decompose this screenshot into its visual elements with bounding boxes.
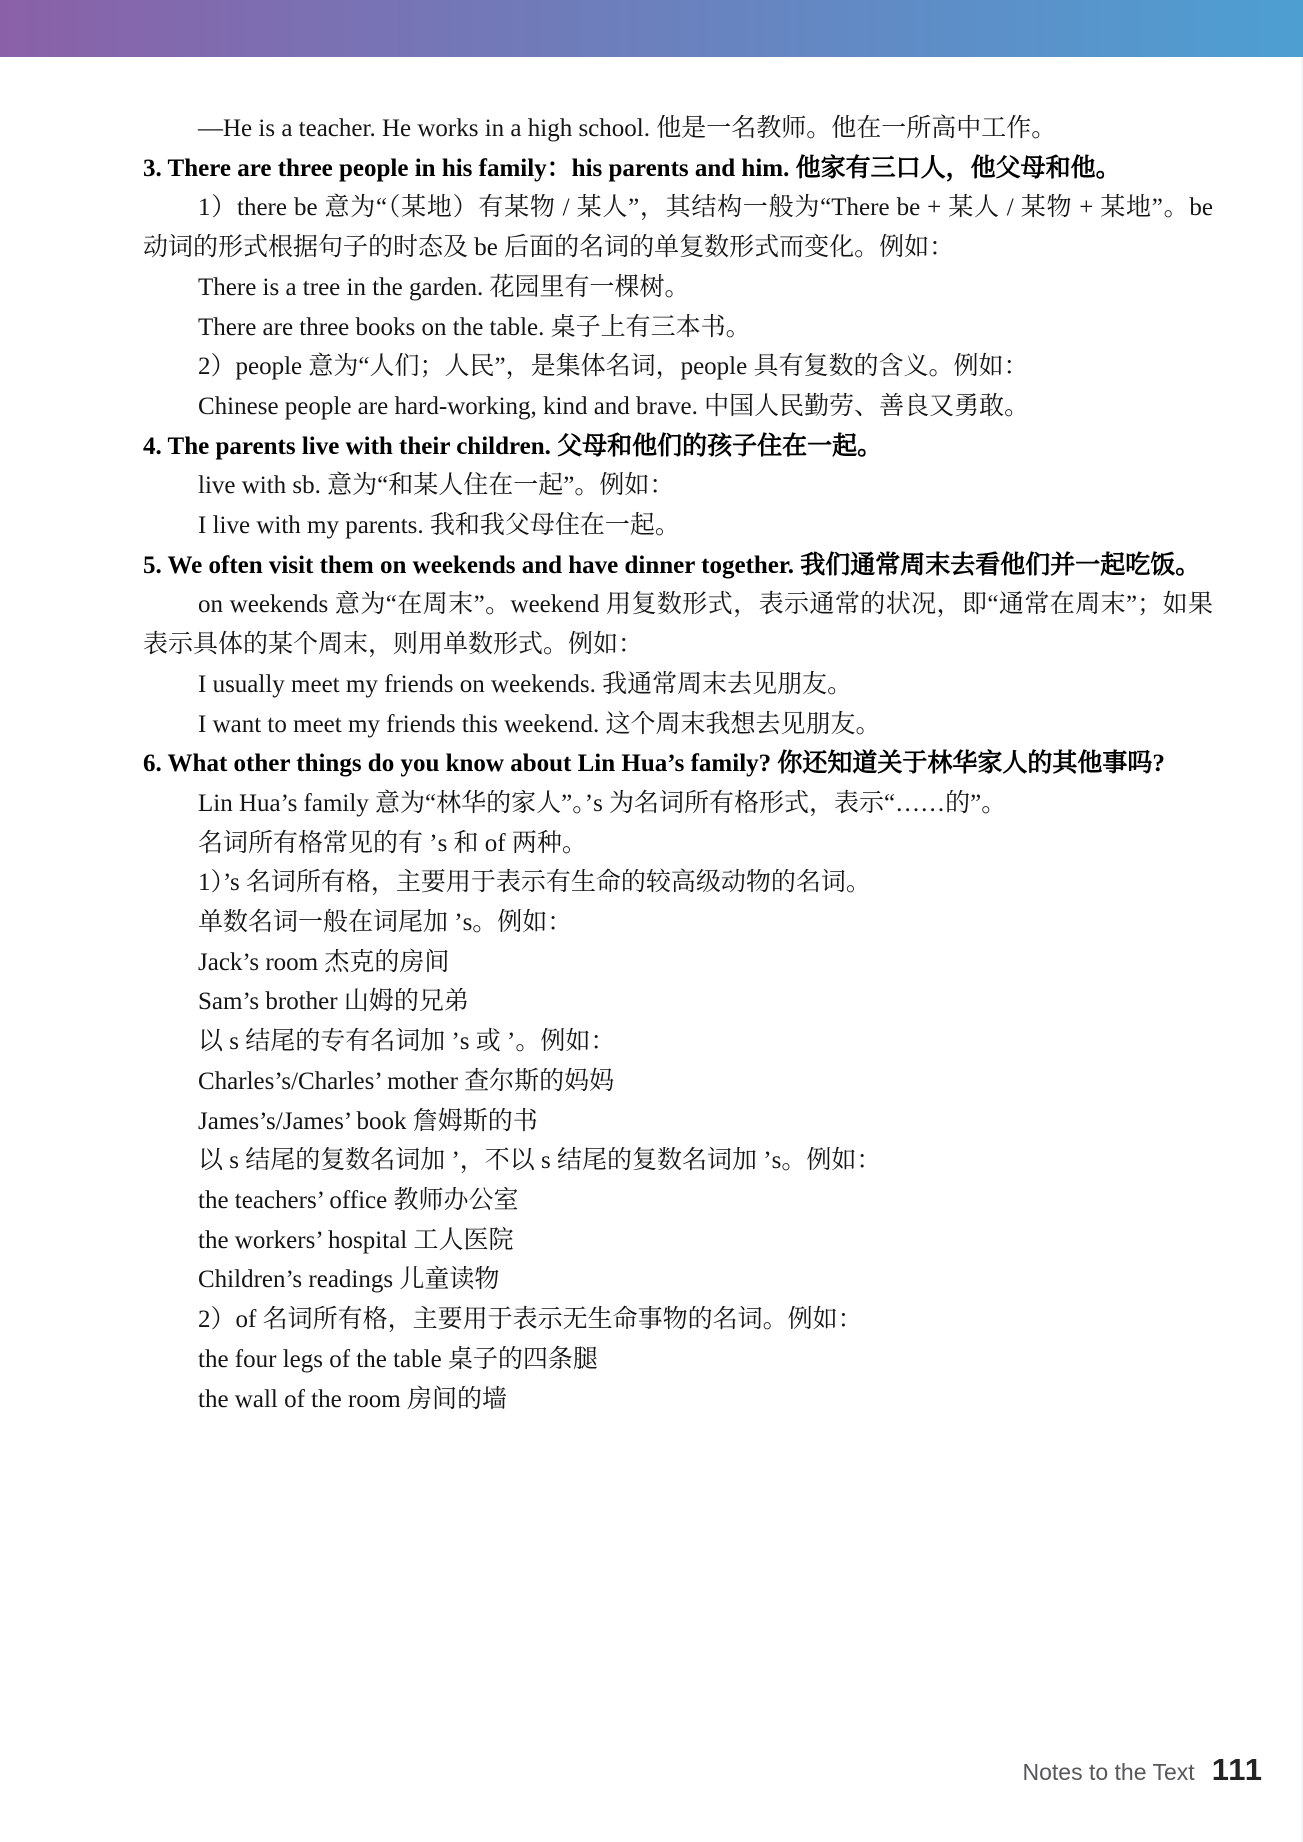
note-line: 以 s 结尾的复数名词加 ’，不以 s 结尾的复数名词加 ’s。例如：	[143, 1141, 1213, 1181]
note-line: Chinese people are hard-working, kind an…	[143, 387, 1213, 427]
header-gradient-bar	[0, 0, 1303, 57]
note-line: I usually meet my friends on weekends. 我…	[143, 665, 1213, 705]
note-line: There are three books on the table. 桌子上有…	[143, 308, 1213, 348]
textbook-page: —He is a teacher. He works in a high sch…	[0, 0, 1303, 1842]
note-line: I live with my parents. 我和我父母住在一起。	[143, 506, 1213, 546]
note-line: Charles’s/Charles’ mother 查尔斯的妈妈	[143, 1062, 1213, 1102]
note-line: the wall of the room 房间的墙	[143, 1380, 1213, 1420]
note-heading: 6. What other things do you know about L…	[143, 744, 1213, 784]
note-line: I want to meet my friends this weekend. …	[143, 705, 1213, 745]
note-line: Lin Hua’s family 意为“林华的家人”。’s 为名词所有格形式，表…	[143, 784, 1213, 824]
note-line: 2）people 意为“人们；人民”，是集体名词，people 具有复数的含义。…	[143, 347, 1213, 387]
note-line: 以 s 结尾的专有名词加 ’s 或 ’。例如：	[143, 1022, 1213, 1062]
footer-section-title: Notes to the Text	[1023, 1759, 1195, 1786]
note-line: 名词所有格常见的有 ’s 和 of 两种。	[143, 824, 1213, 864]
note-line: James’s/James’ book 詹姆斯的书	[143, 1102, 1213, 1142]
note-line: Sam’s brother 山姆的兄弟	[143, 982, 1213, 1022]
note-line: 1）there be 意为“（某地）有某物 / 某人”，其结构一般为“There…	[143, 188, 1213, 267]
note-line: the four legs of the table 桌子的四条腿	[143, 1340, 1213, 1380]
page-footer: Notes to the Text 111	[1023, 1752, 1264, 1788]
note-line: live with sb. 意为“和某人住在一起”。例如：	[143, 466, 1213, 506]
note-line: 单数名词一般在词尾加 ’s。例如：	[143, 903, 1213, 943]
note-line: There is a tree in the garden. 花园里有一棵树。	[143, 268, 1213, 308]
note-heading: 3. There are three people in his family：…	[143, 149, 1213, 189]
note-line: the teachers’ office 教师办公室	[143, 1181, 1213, 1221]
note-line: on weekends 意为“在周末”。weekend 用复数形式，表示通常的状…	[143, 585, 1213, 664]
notes-content: —He is a teacher. He works in a high sch…	[143, 109, 1213, 1419]
note-line: Jack’s room 杰克的房间	[143, 943, 1213, 983]
note-line: 1）’s 名词所有格，主要用于表示有生命的较高级动物的名词。	[143, 863, 1213, 903]
page-number: 111	[1212, 1752, 1263, 1788]
note-line: Children’s readings 儿童读物	[143, 1260, 1213, 1300]
note-line: —He is a teacher. He works in a high sch…	[143, 109, 1213, 149]
note-line: the workers’ hospital 工人医院	[143, 1221, 1213, 1261]
note-line: 2）of 名词所有格，主要用于表示无生命事物的名词。例如：	[143, 1300, 1213, 1340]
note-heading: 4. The parents live with their children.…	[143, 427, 1213, 467]
note-heading: 5. We often visit them on weekends and h…	[143, 546, 1213, 586]
